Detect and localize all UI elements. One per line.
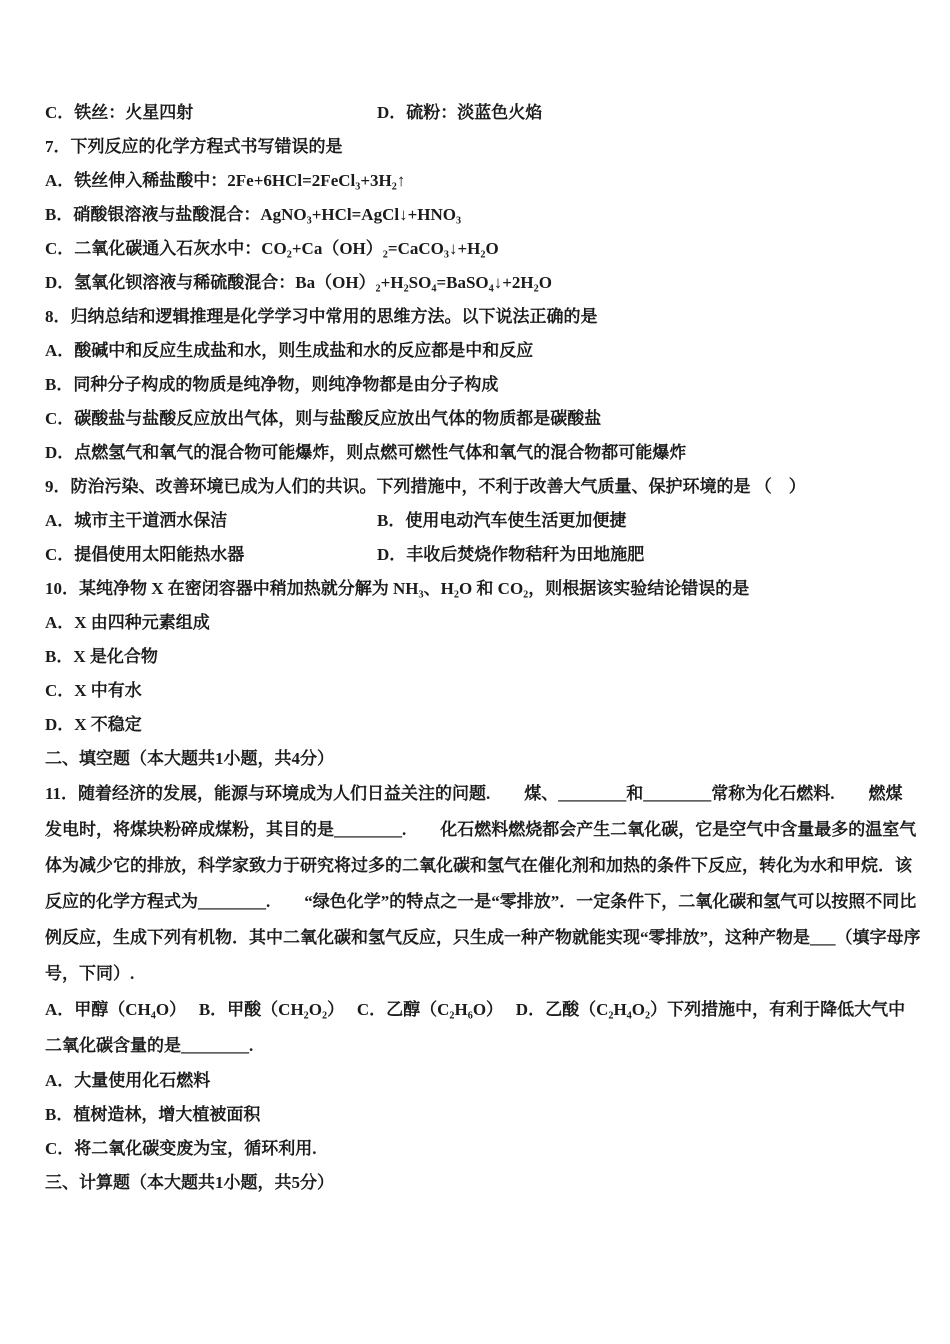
q6-options-cd-row: C．铁丝：火星四射 D．硫粉：淡蓝色火焰 <box>45 96 907 130</box>
q11-line5: 例反应，生成下列有机物．其中二氧化碳和氢气反应，只生成一种产物就能实现“零排放”… <box>45 920 907 956</box>
q9-stem: 9．防治污染、改善环境已成为人们的共识。下列措施中，不利于改善大气质量、保护环境… <box>45 470 907 504</box>
q10-option-d: D．X 不稳定 <box>45 708 907 742</box>
q11-option-c: C．将二氧化碳变废为宝，循环利用. <box>45 1132 907 1166</box>
q9-option-c: C．提倡使用太阳能热水器 <box>45 538 377 572</box>
exam-content: C．铁丝：火星四射 D．硫粉：淡蓝色火焰 7．下列反应的化学方程式书写错误的是 … <box>45 96 907 1200</box>
q8-stem: 8．归纳总结和逻辑推理是化学学习中常用的思维方法。以下说法正确的是 <box>45 300 907 334</box>
q9-option-d: D．丰收后焚烧作物秸秆为田地施肥 <box>377 538 907 572</box>
q10-option-c: C．X 中有水 <box>45 674 907 708</box>
q11-option-b: B．植树造林，增大植被面积 <box>45 1098 907 1132</box>
q9-option-b: B．使用电动汽车使生活更加便捷 <box>377 504 907 538</box>
q11-options-inline: A．甲醇（CH₄O） B．甲酸（CH₂O₂） C．乙醇（C₂H₆O） D．乙酸（… <box>45 992 907 1028</box>
q7-stem: 7．下列反应的化学方程式书写错误的是 <box>45 130 907 164</box>
q11-line3: 体为减少它的排放，科学家致力于研究将过多的二氧化碳和氢气在催化剂和加热的条件下反… <box>45 848 907 884</box>
q11-option-a: A．大量使用化石燃料 <box>45 1064 907 1098</box>
q11-line1: 11．随着经济的发展，能源与环境成为人们日益关注的问题. 煤、________和… <box>45 776 907 812</box>
q6-option-d: D．硫粉：淡蓝色火焰 <box>377 96 907 130</box>
q10-stem: 10．某纯净物 X 在密闭容器中稍加热就分解为 NH₃、H₂O 和 CO₂，则根… <box>45 572 907 606</box>
exam-page: C．铁丝：火星四射 D．硫粉：淡蓝色火焰 7．下列反应的化学方程式书写错误的是 … <box>0 0 950 1344</box>
q11-paragraph: 11．随着经济的发展，能源与环境成为人们日益关注的问题. 煤、________和… <box>45 776 907 1064</box>
q9-option-a: A．城市主干道洒水保洁 <box>45 504 377 538</box>
q7-option-d: D．氢氧化钡溶液与稀硫酸混合：Ba（OH）₂+H₂SO₄=BaSO₄↓+2H₂O <box>45 266 907 300</box>
q8-option-a: A．酸碱中和反应生成盐和水，则生成盐和水的反应都是中和反应 <box>45 334 907 368</box>
q9-options-ab-row: A．城市主干道洒水保洁 B．使用电动汽车使生活更加便捷 <box>45 504 907 538</box>
q10-option-a: A．X 由四种元素组成 <box>45 606 907 640</box>
section-calculation-heading: 三、计算题（本大题共1小题，共5分） <box>45 1166 907 1200</box>
q11-line4: 反应的化学方程式为________. “绿色化学”的特点之一是“零排放”．一定条… <box>45 884 907 920</box>
q7-option-c: C．二氧化碳通入石灰水中：CO₂+Ca（OH）₂=CaCO₃↓+H₂O <box>45 232 907 266</box>
q10-option-b: B．X 是化合物 <box>45 640 907 674</box>
q6-option-c: C．铁丝：火星四射 <box>45 96 377 130</box>
q11-line6: 号，下同）. <box>45 956 907 992</box>
q9-options-cd-row: C．提倡使用太阳能热水器 D．丰收后焚烧作物秸秆为田地施肥 <box>45 538 907 572</box>
q7-option-a: A．铁丝伸入稀盐酸中：2Fe+6HCl=2FeCl₃+3H₂↑ <box>45 164 907 198</box>
q8-option-d: D．点燃氢气和氧气的混合物可能爆炸，则点燃可燃性气体和氧气的混合物都可能爆炸 <box>45 436 907 470</box>
q7-option-b: B．硝酸银溶液与盐酸混合：AgNO₃+HCl=AgCl↓+HNO₃ <box>45 198 907 232</box>
q11-line2: 发电时，将煤块粉碎成煤粉，其目的是________. 化石燃料燃烧都会产生二氧化… <box>45 812 907 848</box>
q8-option-b: B．同种分子构成的物质是纯净物，则纯净物都是由分子构成 <box>45 368 907 402</box>
section-fill-in-heading: 二、填空题（本大题共1小题，共4分） <box>45 742 907 776</box>
q11-line8: 二氧化碳含量的是________. <box>45 1028 907 1064</box>
q8-option-c: C．碳酸盐与盐酸反应放出气体，则与盐酸反应放出气体的物质都是碳酸盐 <box>45 402 907 436</box>
